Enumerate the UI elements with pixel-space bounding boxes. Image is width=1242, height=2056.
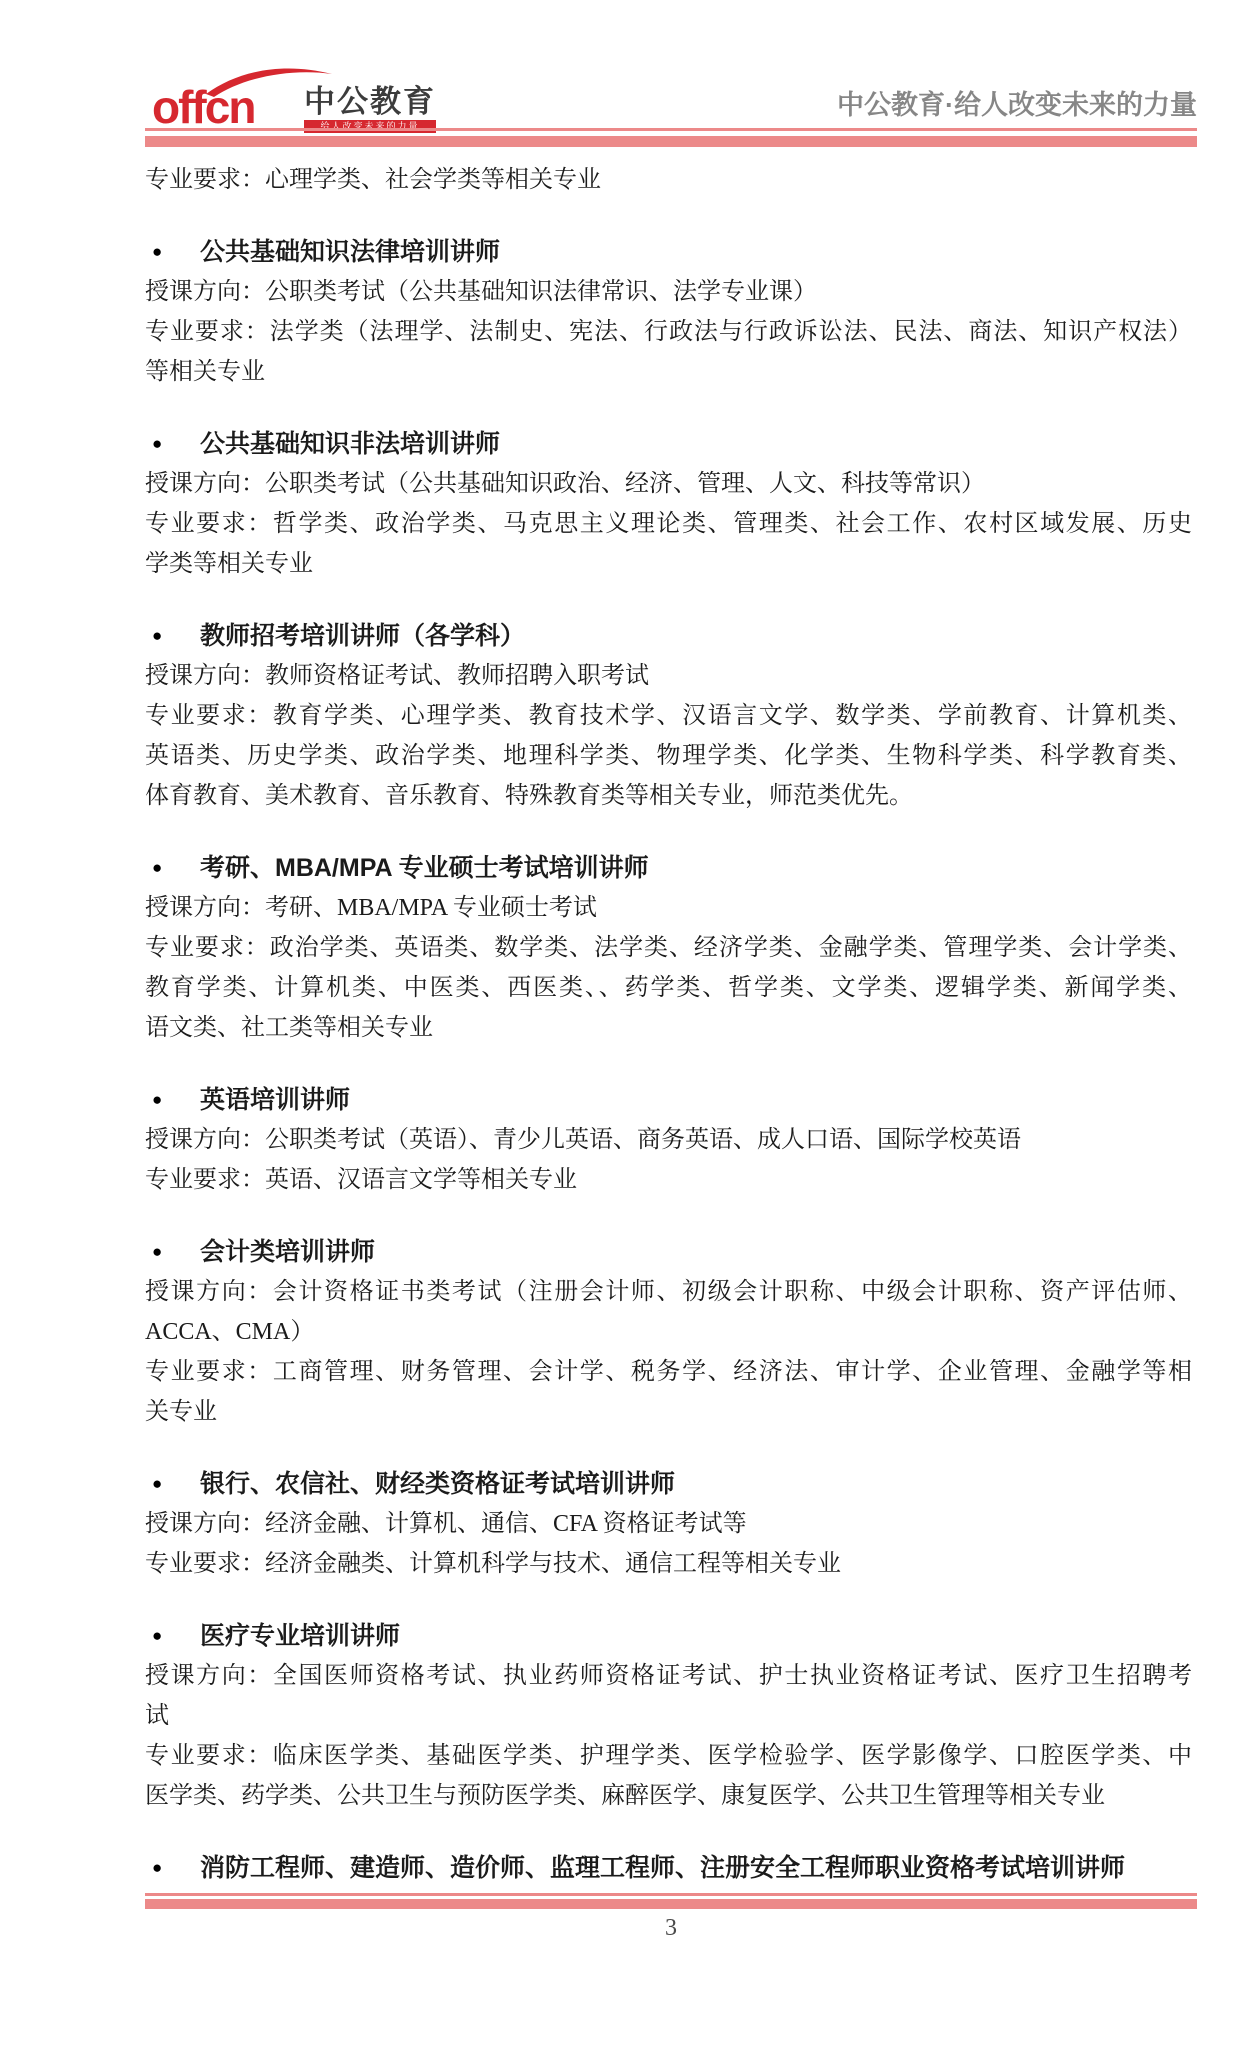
text-line: 专业要求：教育学类、心理学类、教育技术学、汉语言文学、数学类、学前教育、计算机类… <box>145 696 1192 736</box>
job-title-row: ●考研、MBA/MPA 专业硕士考试培训讲师 <box>145 848 1192 888</box>
job-section: ●公共基础知识非法培训讲师授课方向：公职类考试（公共基础知识政治、经济、管理、人… <box>145 424 1192 584</box>
job-section: ●医疗专业培训讲师授课方向：全国医师资格考试、执业药师资格证考试、护士执业资格证… <box>145 1616 1192 1816</box>
text-line: 专业要求：工商管理、财务管理、会计学、税务学、经济法、审计学、企业管理、金融学等… <box>145 1352 1192 1392</box>
job-title-text: 会计类培训讲师 <box>200 1232 375 1272</box>
job-section: ●考研、MBA/MPA 专业硕士考试培训讲师授课方向：考研、MBA/MPA 专业… <box>145 848 1192 1048</box>
job-section: ●教师招考培训讲师（各学科）授课方向：教师资格证考试、教师招聘入职考试专业要求：… <box>145 616 1192 816</box>
text-line: 试 <box>145 1696 1192 1736</box>
text-line: 学类等相关专业 <box>145 544 1192 584</box>
bullet-icon: ● <box>145 1616 200 1656</box>
job-title-text: 公共基础知识非法培训讲师 <box>200 424 500 464</box>
job-title-row: ●教师招考培训讲师（各学科） <box>145 616 1192 656</box>
logo-wordmark: offcn <box>152 84 254 130</box>
text-line: 授课方向：会计资格证书类考试（注册会计师、初级会计职称、中级会计职称、资产评估师… <box>145 1272 1192 1312</box>
text-line: 授课方向：考研、MBA/MPA 专业硕士考试 <box>145 888 1192 928</box>
document-page: offcn 中公教育 给人改变未来的力量 中公教育·给人改变未来的力量 专业要求… <box>0 0 1242 2056</box>
text-line: 专业要求：法学类（法理学、法制史、宪法、行政法与行政诉讼法、民法、商法、知识产权… <box>145 312 1192 352</box>
job-section: ●银行、农信社、财经类资格证考试培训讲师授课方向：经济金融、计算机、通信、CFA… <box>145 1464 1192 1584</box>
text-line: ACCA、CMA） <box>145 1312 1192 1352</box>
intro-line: 专业要求：心理学类、社会学类等相关专业 <box>145 160 1192 200</box>
logo-brand-text: 中公教育 <box>304 86 436 117</box>
text-line: 授课方向：公职类考试（公共基础知识政治、经济、管理、人文、科技等常识） <box>145 464 1192 504</box>
job-section: ●公共基础知识法律培训讲师授课方向：公职类考试（公共基础知识法律常识、法学专业课… <box>145 232 1192 392</box>
text-line: 专业要求：临床医学类、基础医学类、护理学类、医学检验学、医学影像学、口腔医学类、… <box>145 1736 1192 1776</box>
sections: ●公共基础知识法律培训讲师授课方向：公职类考试（公共基础知识法律常识、法学专业课… <box>145 232 1192 1888</box>
job-title-text: 考研、MBA/MPA 专业硕士考试培训讲师 <box>200 848 649 888</box>
text-line: 医学类、药学类、公共卫生与预防医学类、麻醉医学、康复医学、公共卫生管理等相关专业 <box>145 1776 1192 1816</box>
job-title-text: 公共基础知识法律培训讲师 <box>200 232 500 272</box>
job-title-text: 教师招考培训讲师（各学科） <box>200 616 525 656</box>
text-line: 关专业 <box>145 1392 1192 1432</box>
bullet-icon: ● <box>145 1464 200 1504</box>
bullet-icon: ● <box>145 616 200 656</box>
job-title-row: ●公共基础知识法律培训讲师 <box>145 232 1192 272</box>
header-rule-thin <box>145 128 1197 131</box>
bullet-icon: ● <box>145 232 200 272</box>
job-section: ●英语培训讲师授课方向：公职类考试（英语）、青少儿英语、商务英语、成人口语、国际… <box>145 1080 1192 1200</box>
footer-rule-thick <box>145 1899 1197 1909</box>
text-line: 英语类、历史学类、政治学类、地理科学类、物理学类、化学类、生物科学类、科学教育类… <box>145 736 1192 776</box>
job-title-text: 医疗专业培训讲师 <box>200 1616 400 1656</box>
text-line: 授课方向：公职类考试（公共基础知识法律常识、法学专业课） <box>145 272 1192 312</box>
job-title-row: ●公共基础知识非法培训讲师 <box>145 424 1192 464</box>
text-line: 专业要求：哲学类、政治学类、马克思主义理论类、管理类、社会工作、农村区域发展、历… <box>145 504 1192 544</box>
job-title-text: 银行、农信社、财经类资格证考试培训讲师 <box>200 1464 675 1504</box>
job-title-text: 英语培训讲师 <box>200 1080 350 1120</box>
job-title-text: 消防工程师、建造师、造价师、监理工程师、注册安全工程师职业资格考试培训讲师 <box>200 1848 1125 1888</box>
page-number: 3 <box>145 1915 1197 1942</box>
text-line: 专业要求：英语、汉语言文学等相关专业 <box>145 1160 1192 1200</box>
text-line: 授课方向：公职类考试（英语）、青少儿英语、商务英语、成人口语、国际学校英语 <box>145 1120 1192 1160</box>
logo-tagline: 给人改变未来的力量 <box>304 120 436 133</box>
text-line: 教育学类、计算机类、中医类、西医类、、药学类、哲学类、文学类、逻辑学类、新闻学类… <box>145 968 1192 1008</box>
job-section: ●消防工程师、建造师、造价师、监理工程师、注册安全工程师职业资格考试培训讲师 <box>145 1848 1192 1888</box>
job-title-row: ●银行、农信社、财经类资格证考试培训讲师 <box>145 1464 1192 1504</box>
bullet-icon: ● <box>145 848 200 888</box>
job-section: ●会计类培训讲师授课方向：会计资格证书类考试（注册会计师、初级会计职称、中级会计… <box>145 1232 1192 1432</box>
text-line: 专业要求：经济金融类、计算机科学与技术、通信工程等相关专业 <box>145 1544 1192 1584</box>
bullet-icon: ● <box>145 1080 200 1120</box>
job-title-row: ●英语培训讲师 <box>145 1080 1192 1120</box>
bullet-icon: ● <box>145 1848 200 1888</box>
text-line: 语文类、社工类等相关专业 <box>145 1008 1192 1048</box>
text-line: 等相关专业 <box>145 352 1192 392</box>
header-slogan: 中公教育·给人改变未来的力量 <box>837 90 1197 120</box>
job-title-row: ●医疗专业培训讲师 <box>145 1616 1192 1656</box>
footer-rule-thin <box>145 1893 1197 1896</box>
text-line: 授课方向：经济金融、计算机、通信、CFA 资格证考试等 <box>145 1504 1192 1544</box>
job-title-row: ●消防工程师、建造师、造价师、监理工程师、注册安全工程师职业资格考试培训讲师 <box>145 1848 1192 1888</box>
header-rule-thick <box>145 136 1197 147</box>
text-line: 授课方向：教师资格证考试、教师招聘入职考试 <box>145 656 1192 696</box>
document-body: 专业要求：心理学类、社会学类等相关专业 ●公共基础知识法律培训讲师授课方向：公职… <box>145 160 1192 1888</box>
text-line: 体育教育、美术教育、音乐教育、特殊教育类等相关专业，师范类优先。 <box>145 776 1192 816</box>
job-title-row: ●会计类培训讲师 <box>145 1232 1192 1272</box>
text-line: 专业要求：政治学类、英语类、数学类、法学类、经济学类、金融学类、管理学类、会计学… <box>145 928 1192 968</box>
bullet-icon: ● <box>145 1232 200 1272</box>
text-line: 授课方向：全国医师资格考试、执业药师资格证考试、护士执业资格证考试、医疗卫生招聘… <box>145 1656 1192 1696</box>
bullet-icon: ● <box>145 424 200 464</box>
